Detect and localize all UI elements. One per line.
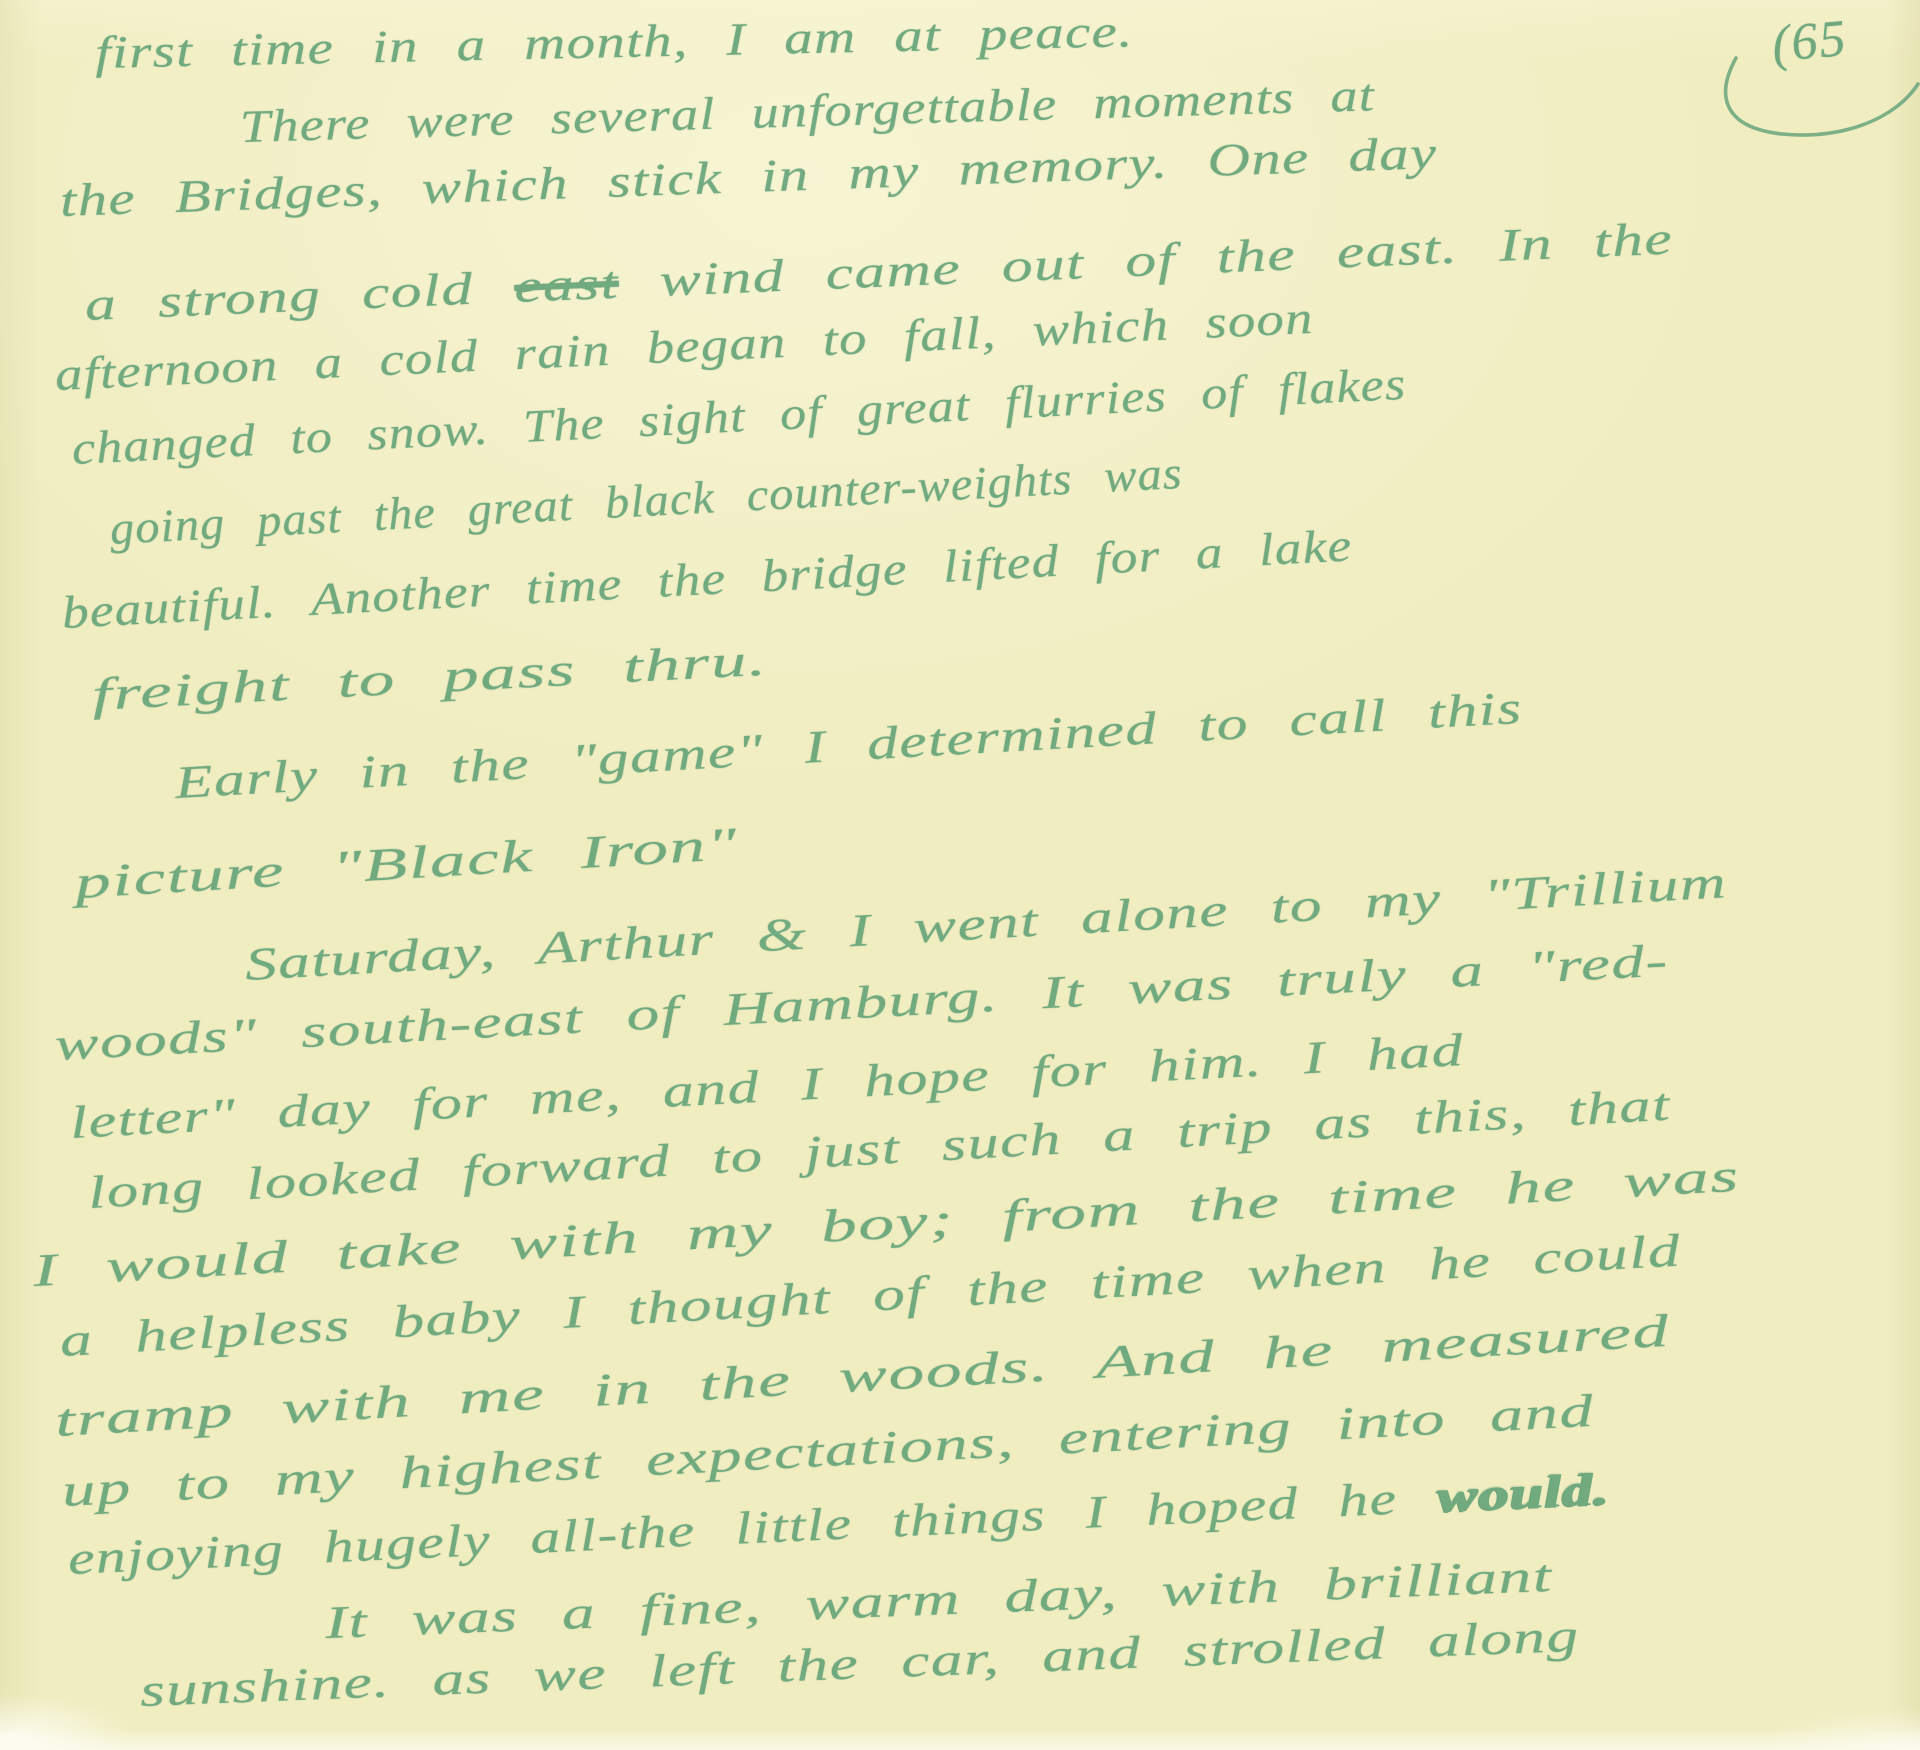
- page-number: (65: [1770, 9, 1850, 74]
- handwritten-line-1: first time in a month, I am at peace.: [94, 4, 1134, 79]
- overwritten-word: would.: [1436, 1463, 1610, 1522]
- handwritten-line-11: picture "Black Iron": [73, 817, 739, 909]
- handwritten-line-9: freight to pass thru.: [91, 633, 769, 721]
- text-segment: a strong cold: [84, 261, 515, 330]
- journal-page: first time in a month, I am at peace.The…: [0, 0, 1920, 1750]
- text-segment: first time in a month, I am at peace.: [94, 5, 1134, 78]
- text-segment: freight to pass thru.: [91, 634, 769, 720]
- crossed-out-word: east: [513, 257, 620, 312]
- text-segment: picture "Black Iron": [73, 818, 739, 908]
- text-segment: wind came out of the east. In the: [618, 212, 1674, 307]
